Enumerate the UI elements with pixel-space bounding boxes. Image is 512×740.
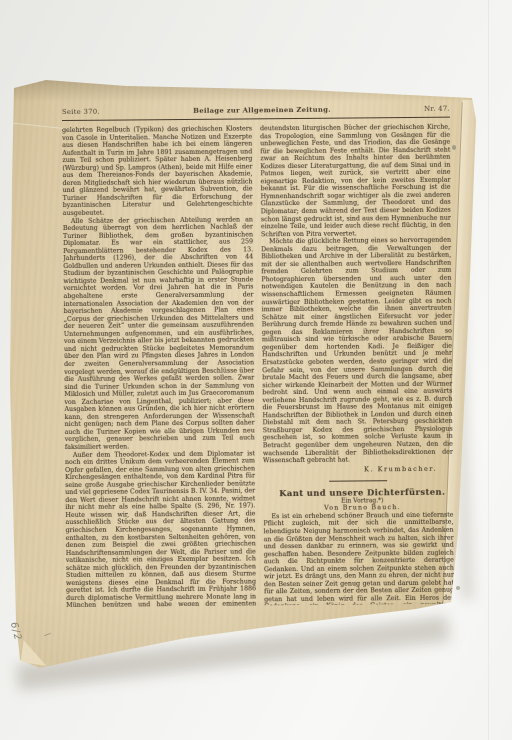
- article-paragraph: gelehrten Regelbuch (Typikon) des griech…: [62, 125, 253, 217]
- right-column: deutendsten liturgischen Bücher der grie…: [260, 124, 454, 606]
- page-content: Seite 370. Beilage zur Allgemeinen Zeitu…: [5, 58, 487, 712]
- left-column: gelehrten Regelbuch (Typikon) des griech…: [62, 125, 256, 607]
- section-divider: [329, 480, 387, 482]
- article-paragraph: Alle Schätze der griechischen Abteilung …: [63, 216, 255, 452]
- article-paragraph: Es ist ein erhebend schöner Brauch und e…: [263, 512, 454, 606]
- article-paragraph: deutendsten liturgischen Bücher der grie…: [260, 124, 451, 239]
- article-signature: K. Krumbacher.: [263, 465, 453, 474]
- header-rule: [62, 117, 450, 122]
- newspaper-page: Seite 370. Beilage zur Allgemeinen Zeitu…: [6, 62, 482, 712]
- photo-backdrop: Seite 370. Beilage zur Allgemeinen Zeitu…: [0, 0, 512, 740]
- page-title: Beilage zur Allgemeinen Zeitung.: [193, 106, 331, 115]
- issue-number: Nr. 47.: [424, 105, 450, 113]
- backdrop-seam: [488, 0, 489, 740]
- backdrop-speck: [452, 145, 456, 150]
- article-paragraph: Möchte die glückliche Rettung eines so h…: [261, 237, 453, 465]
- backdrop-speck: [456, 586, 460, 590]
- page-header: Seite 370. Beilage zur Allgemeinen Zeitu…: [62, 105, 450, 116]
- page-number: Seite 370.: [62, 108, 100, 116]
- article-paragraph: Außer dem Theodoret-Kodex und dem Diplom…: [65, 450, 256, 607]
